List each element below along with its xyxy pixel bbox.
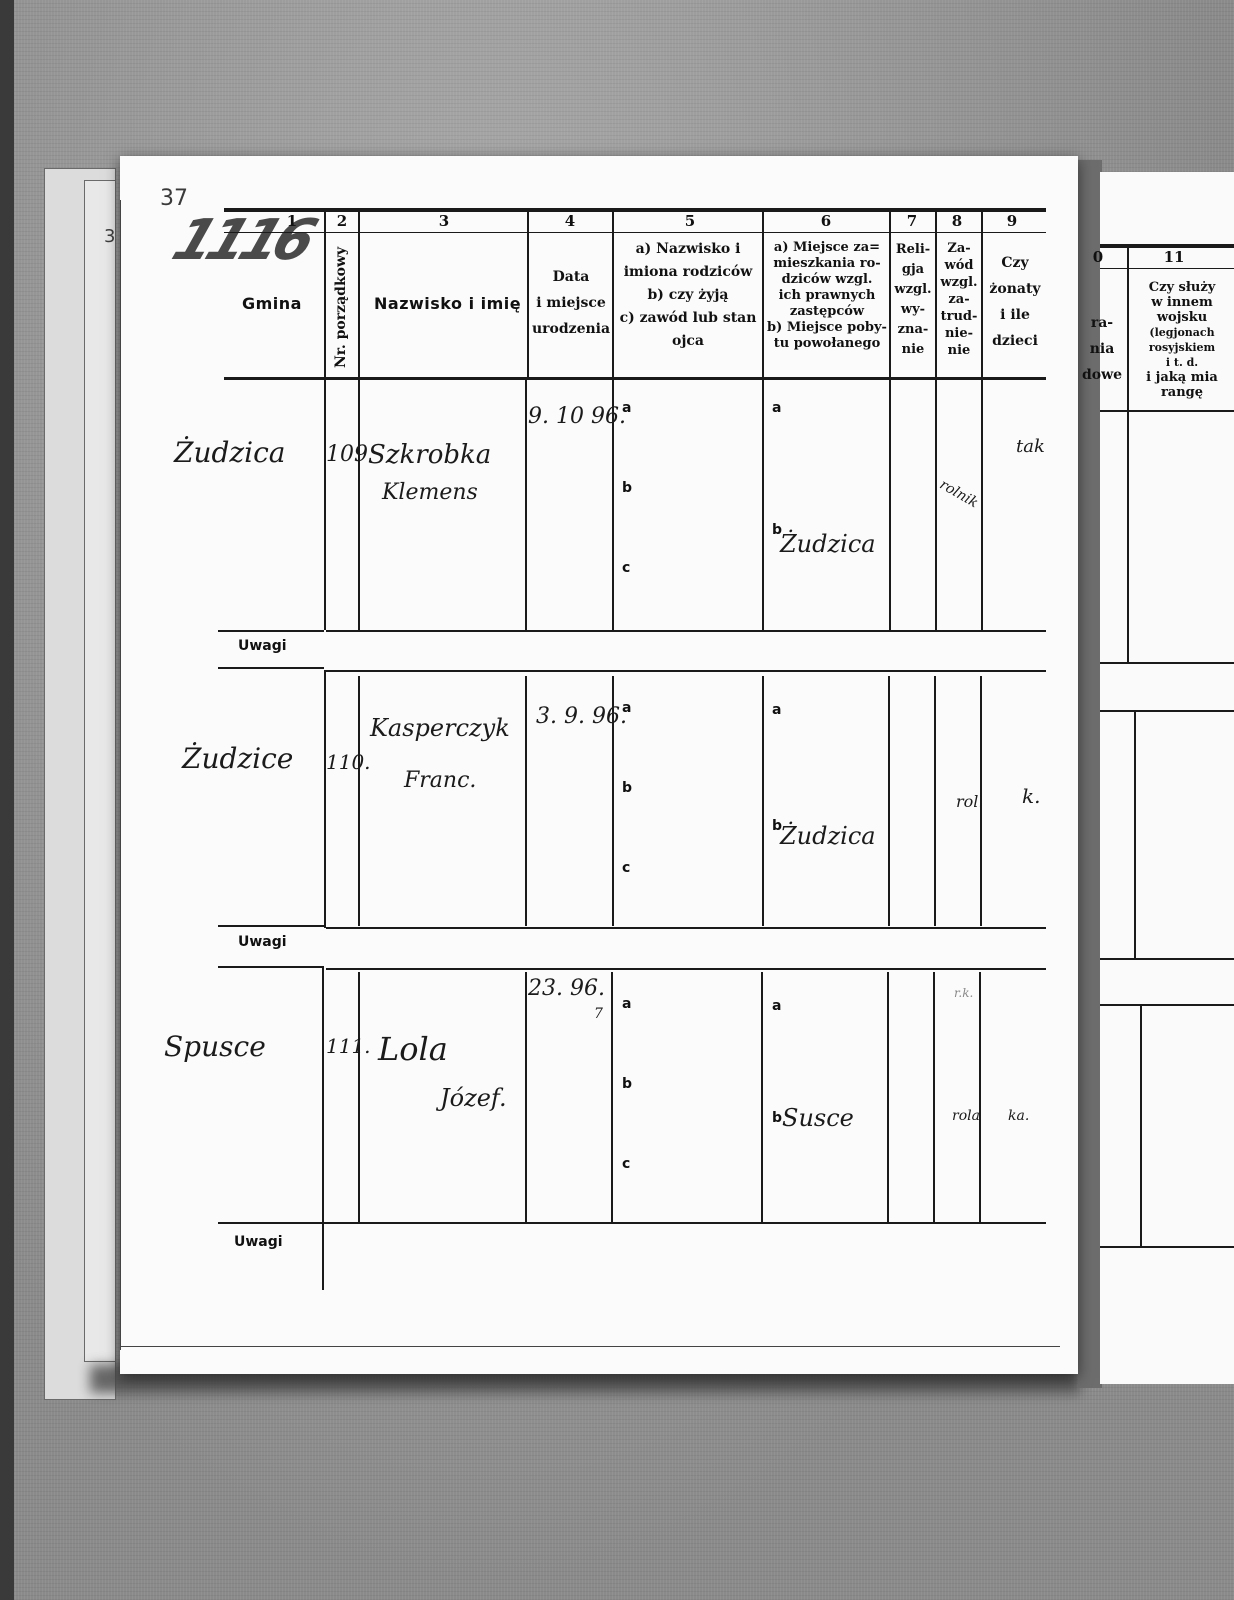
facing-rule [1100,710,1234,712]
subrow-b: b [622,1076,632,1092]
subrow-a: a [622,996,631,1012]
subrow-c: c [622,860,630,876]
married-value: tak [1016,436,1045,457]
column-number-5: 5 [678,212,702,230]
residence-b-value: Susce [782,1104,854,1132]
gmina-value: Żudzice [182,742,293,775]
given-name-value: Klemens [382,480,478,505]
subrow-a: a [622,700,631,716]
occupation-note: r.k. [954,986,973,1000]
header-married: Czy żonaty i ile dzieci [983,250,1047,354]
gmina-value: Żudzica [174,436,286,469]
underlying-sheet-edge [84,180,116,1362]
birth-date-note: 7 [594,1006,603,1022]
subrow-c: c [622,560,630,576]
gmina-value: Spusce [164,1030,266,1063]
header-parents: a) Nazwisko i imiona rodziców b) czy żyj… [614,238,762,353]
col-divider [324,208,326,380]
col-divider [1127,248,1129,662]
birth-date-value: 3. 9. 96. [536,704,627,729]
nr-value: 109 [326,442,368,467]
column-number-1: 1 [280,212,304,230]
subrow-a: a [772,400,781,416]
surname-value: Szkrobka [368,440,491,470]
pencil-page-number: 37 [160,186,188,211]
subrow-b: b [622,780,632,796]
remarks-label: Uwagi [238,934,287,950]
column-number-3: 3 [432,212,456,230]
residence-b-value: Żudzica [780,822,876,850]
col-divider [358,208,360,380]
facing-rule [1100,958,1234,960]
header-number-rule [224,232,1046,233]
header-bottom-rule [224,377,1046,380]
remarks-label: Uwagi [238,638,287,654]
subrow-a: a [772,998,781,1014]
header-residence: a) Miejsce za= mieszkania ro- dziców wzg… [764,240,890,352]
page-frame-line [120,1346,1060,1347]
header-nazwisko: Nazwisko i imię [374,294,521,313]
occupation-value: rola [952,1108,980,1124]
facing-rule [1100,662,1234,664]
birth-date-value: 23. 96. [528,976,605,1001]
column-number-7: 7 [900,212,924,230]
column-number-11: 11 [1162,248,1186,266]
margin-number: 3 [104,226,115,247]
nr-value: 111. [326,1034,371,1058]
page-frame-line [120,200,121,1350]
scan-edge [0,0,14,1600]
column-number-2: 2 [330,212,354,230]
occupation-value: rol. [956,792,983,811]
column-number-8: 8 [945,212,969,230]
subrow-a: a [772,702,781,718]
column-number-9: 9 [1000,212,1024,230]
subrow-c: c [622,1156,630,1172]
residence-b-value: Żudzica [780,530,876,558]
header-col10: ra- nia dowe [1078,310,1126,388]
header-religion: Reli- gja wzgl. wy- zna- nie [891,240,935,360]
surname-value: Kasperczyk [370,714,510,742]
subrow-b: b [622,480,632,496]
surname-value: Lola [378,1030,448,1068]
nr-value: 110. [326,750,371,774]
column-number-4: 4 [558,212,582,230]
header-gmina: Gmina [242,294,302,313]
header-col11: Czy służy w innem wojsku (legjonach rosy… [1130,280,1234,400]
facing-rule [1100,1246,1234,1248]
subrow-b: b [772,1110,782,1126]
column-number-6: 6 [814,212,838,230]
remarks-label: Uwagi [234,1234,283,1250]
married-value: k. [1022,784,1040,808]
col-divider [527,208,529,380]
column-number-10: 0 [1086,248,1110,266]
header-nr-porzadkowy: Nr. porządkowy [333,240,349,368]
header-occupation: Za- wód wzgl. za- trud- nie- nie [937,240,981,359]
col-divider [1134,712,1136,958]
facing-header-bottom [1100,410,1234,412]
given-name-value: Józef. [440,1084,507,1112]
subrow-a: a [622,400,631,416]
header-data: Data i miejsce urodzenia [530,268,612,338]
given-name-value: Franc. [404,768,476,793]
birth-date-value: 9. 10 96. [528,404,626,429]
facing-number-rule [1100,268,1234,269]
married-value: ka. [1008,1108,1029,1124]
facing-rule [1100,1004,1234,1006]
col-divider [1140,1006,1142,1246]
